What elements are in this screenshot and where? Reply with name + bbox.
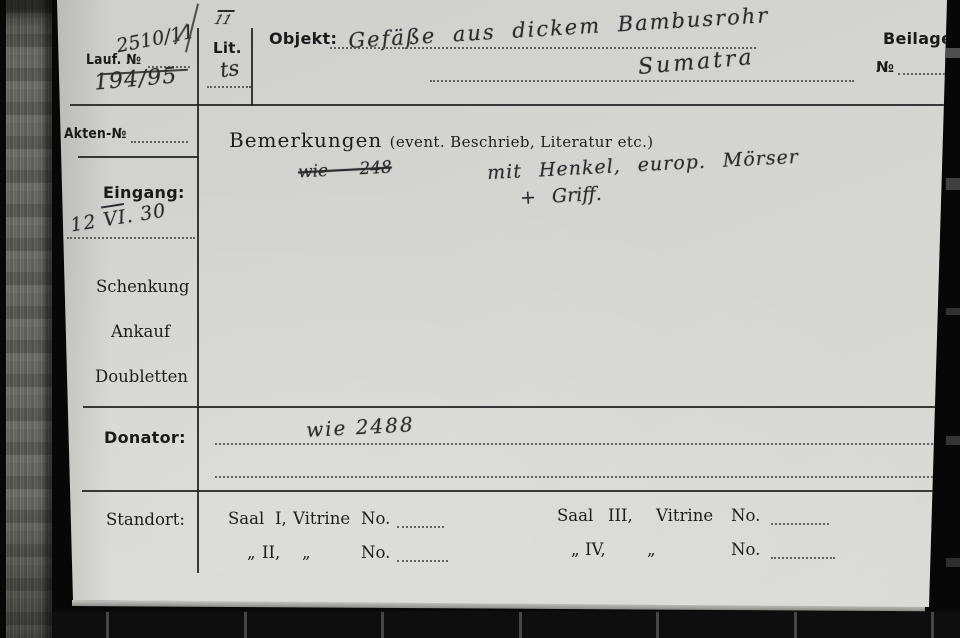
lit-mark: ts [218, 56, 240, 82]
background-tiles [52, 611, 960, 638]
bemerkungen-note-line2: + Griff. [519, 183, 602, 209]
eingang-date-day: 12 [69, 211, 98, 237]
standort-left-r1-num: I, [275, 509, 287, 528]
option-schenkung: Schenkung [96, 277, 189, 296]
eingang-label: Eingang: [103, 183, 185, 202]
card-stack-notch [946, 436, 960, 445]
akten-underline [78, 156, 198, 158]
donator-dotted-line-2 [215, 476, 937, 478]
standort-left-r2-no: No. [361, 543, 390, 562]
lit-mark-above: 11 [212, 10, 234, 28]
tile-grout-line [519, 612, 522, 638]
objekt-dotted-line-1 [330, 47, 756, 49]
lit-column-line [251, 28, 253, 106]
standort-right-r2-no: No. [731, 540, 760, 559]
tile-grout-line [244, 612, 247, 638]
card-stack-notch [946, 558, 960, 567]
option-doubletten: Doubletten [95, 367, 188, 386]
standort-right-r2-num: IV, [585, 540, 606, 559]
standort-section-line [82, 490, 941, 492]
standort-left-r1-saal: Saal [228, 509, 264, 528]
standort-right-r1-no: No. [731, 506, 760, 525]
standort-left-r1-vitrine: Vitrine [293, 509, 350, 528]
donator-label: Donator: [104, 428, 186, 447]
standort-label: Standort: [106, 510, 185, 529]
akten-no-label: Akten-№ [64, 126, 127, 142]
eingang-date: 12 VI. 30 [69, 200, 168, 237]
book-spine-texture [6, 0, 52, 638]
standort-left-r2-ditto1: „ [247, 543, 256, 562]
akten-no-dotted-line [131, 141, 188, 143]
donator-section-line [83, 406, 942, 408]
tile-grout-line [794, 612, 797, 638]
tile-grout-line [106, 612, 109, 638]
bemerkungen-main-label: Bemerkungen [229, 128, 382, 152]
tile-grout-line [931, 612, 934, 638]
objekt-value-line1: Gefäße aus dickem Bambusrohr [348, 3, 770, 53]
bemerkungen-sublabel: (event. Beschrieb, Literatur etc.) [390, 133, 654, 151]
card-stack-notch [946, 308, 960, 315]
beilage-no-label: № [876, 58, 894, 76]
standort-right-r2-dotted [771, 557, 835, 559]
card-stack-notch [946, 178, 960, 190]
lit-label: Lit. [213, 39, 242, 57]
standort-right-r1-num: III, [608, 506, 633, 525]
bemerkungen-struck-note: wie 248 [298, 158, 393, 183]
top-section-line [70, 104, 944, 106]
standort-left-r2-dotted [397, 560, 448, 562]
objekt-value-line2: Sumatra [637, 45, 755, 80]
standort-right-r2-ditto1: „ [571, 540, 580, 559]
eingang-dotted-line [67, 237, 195, 239]
card-stack-notch [946, 48, 960, 58]
donator-dotted-line-1 [215, 443, 937, 445]
standort-right-r1-vitrine: Vitrine [656, 506, 713, 525]
eingang-date-year: . 30 [125, 200, 168, 228]
option-ankauf: Ankauf [111, 322, 170, 341]
bemerkungen-label: Bemerkungen (event. Beschrieb, Literatur… [229, 128, 654, 152]
index-card: Lauf. № 2510/11 194/95 11 Lit. ts Objekt… [0, 0, 960, 638]
standort-right-r1-dotted [771, 523, 829, 525]
beilage-no-dotted-line [898, 73, 945, 75]
beilage-label: Beilage [883, 29, 952, 48]
tile-grout-line [381, 612, 384, 638]
standort-left-r1-dotted [397, 526, 444, 528]
standort-left-r2-ditto2: „ [302, 543, 311, 562]
standort-right-r1-saal: Saal [557, 506, 593, 525]
objekt-label: Objekt: [269, 29, 337, 48]
standort-right-r2-ditto2: „ [647, 540, 656, 559]
tile-grout-line [656, 612, 659, 638]
objekt-dotted-line-2 [430, 80, 854, 82]
lit-dotted-line [207, 86, 251, 88]
photo-scene: Lauf. № 2510/11 194/95 11 Lit. ts Objekt… [0, 0, 960, 638]
lauf-no-value-bottom: 194/95 [93, 63, 178, 95]
standort-left-r1-no: No. [361, 509, 390, 528]
donator-value: wie 2488 [305, 412, 415, 442]
standort-left-r2-num: II, [262, 543, 280, 562]
